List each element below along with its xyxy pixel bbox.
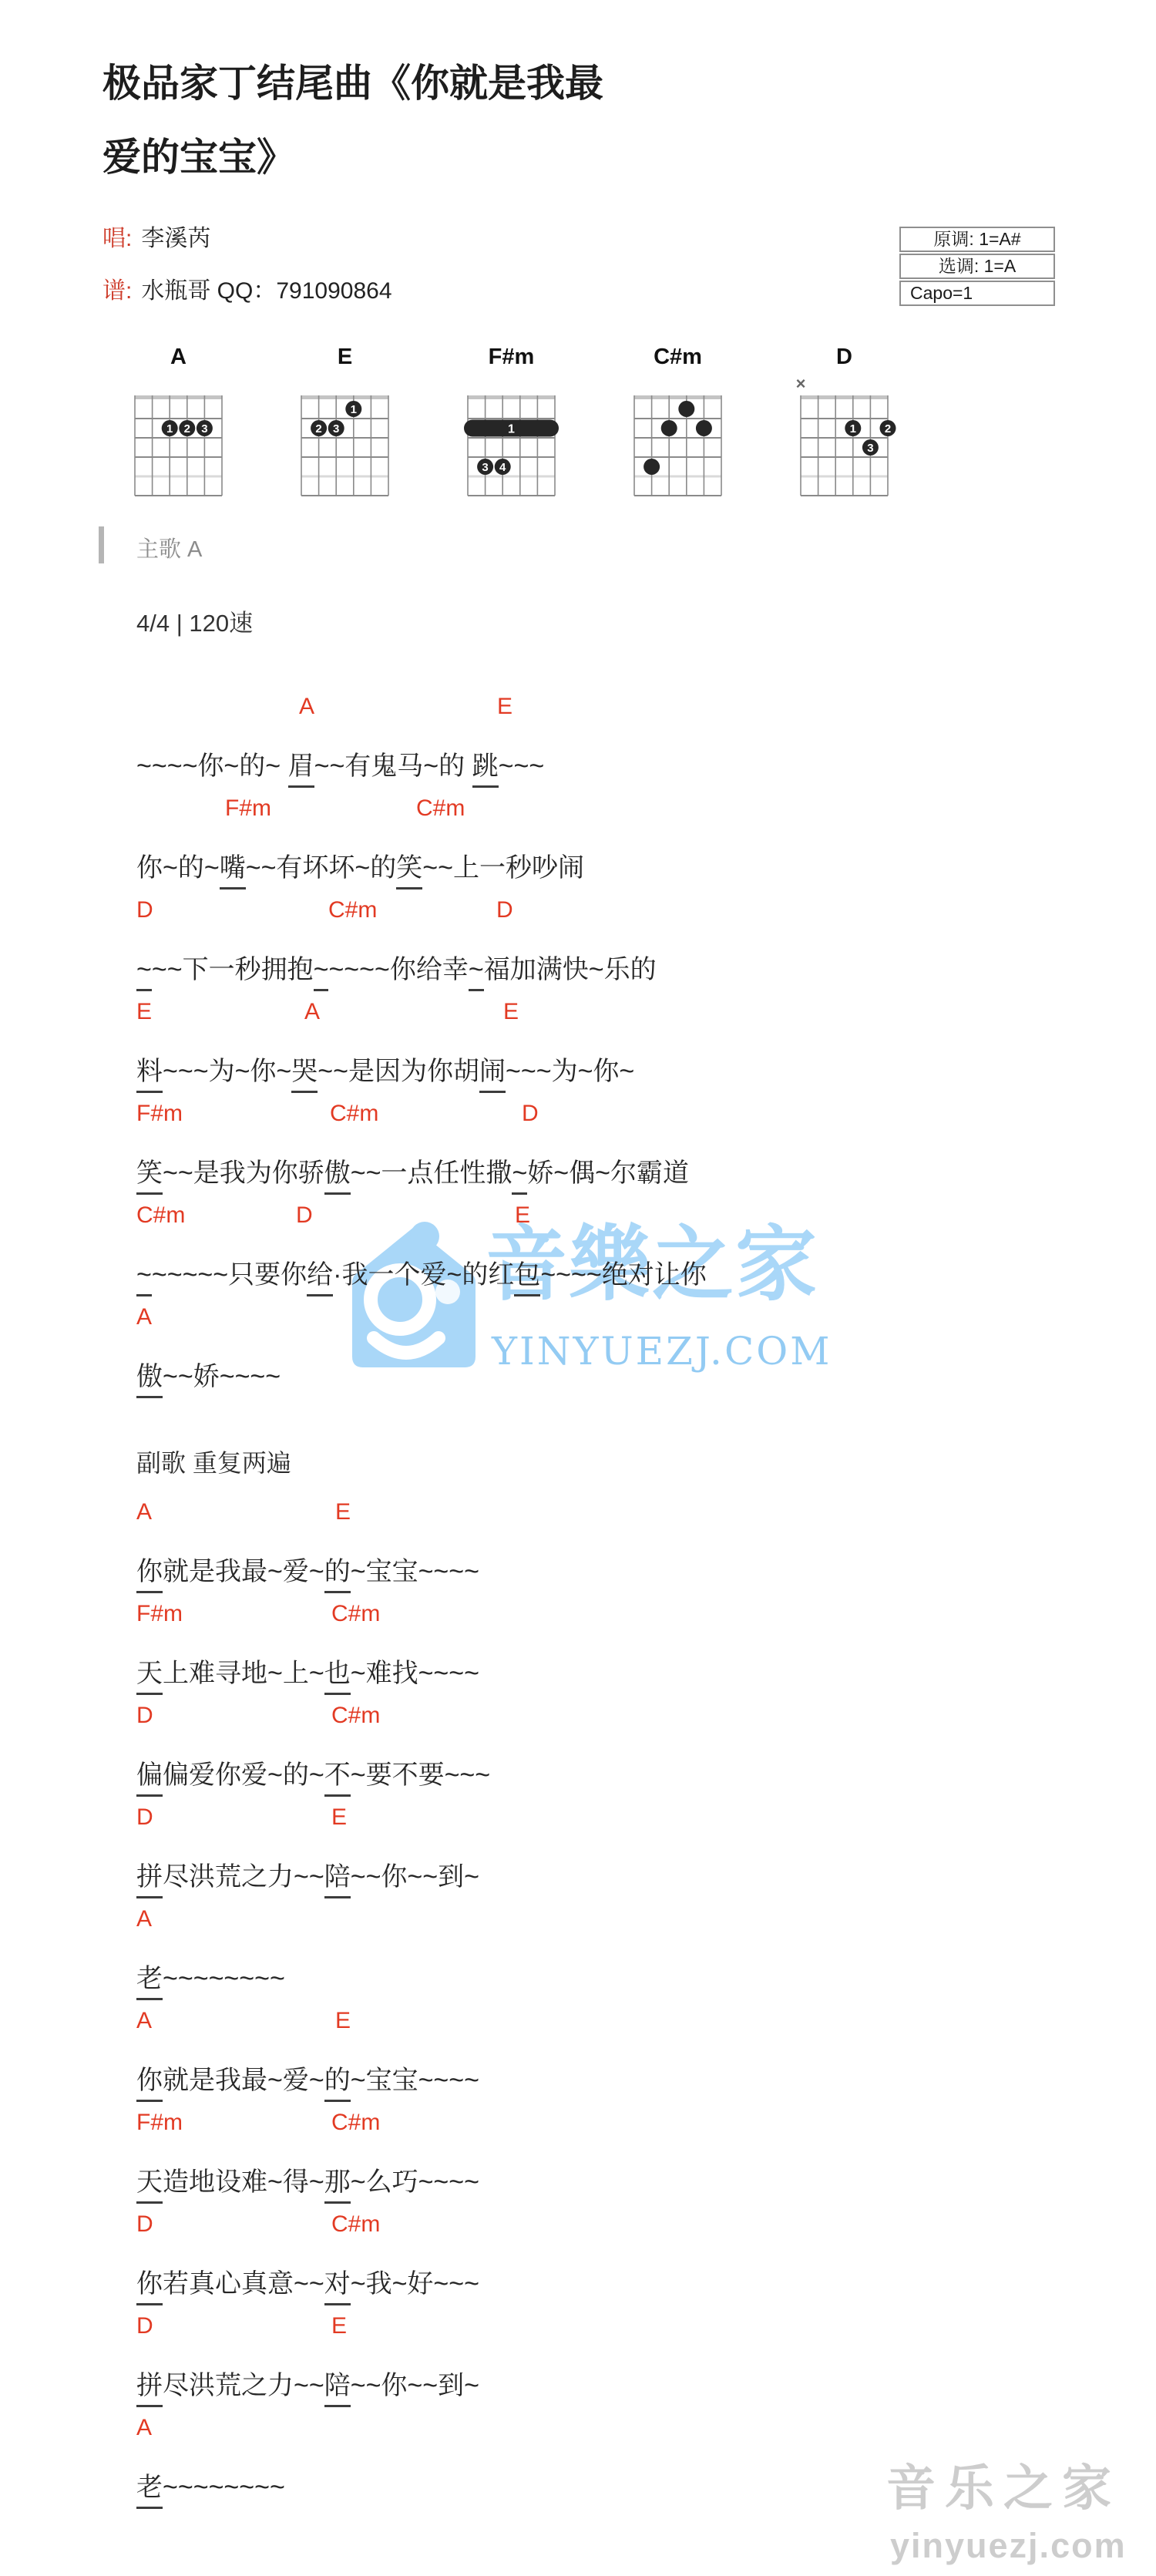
- lyric-line: 天上难寻地~上~也~难找~~~~: [136, 1652, 479, 1690]
- chord-label: D: [136, 2211, 153, 2238]
- lyric-segment: 偏爱你爱~的~: [163, 1760, 324, 1790]
- lyric-segment: ~~~为~你~: [506, 1057, 634, 1086]
- chord-label: E: [331, 2313, 347, 2339]
- chord-label: A: [136, 1304, 152, 1330]
- lyric-line: 你~的~嘴~~有坏坏~的笑~~上一秒吵闹: [136, 846, 584, 884]
- lyric-line: 笑~~是我为你骄傲~~一点任性撒~娇~偶~尔霸道: [136, 1152, 689, 1189]
- lyric-line: 料~~~为~你~哭~~是因为你胡闹~~~为~你~: [136, 1050, 634, 1088]
- lyric-segment: ~~娇~~~~: [163, 1362, 281, 1391]
- lyric-segment: ~宝宝~~~~: [351, 2066, 479, 2095]
- lyric-segment: ~~一点任性撒: [351, 1159, 512, 1188]
- lyric-segment: ~我~好~~~: [351, 2269, 479, 2299]
- lyric-segment: 你: [136, 1557, 163, 1593]
- lyric-segment: ~~~~你~的~: [136, 752, 288, 781]
- lyric-segment: 傲: [324, 1159, 351, 1195]
- chord-label: A: [136, 1499, 152, 1525]
- lyric-segment: ~宝宝~~~~: [351, 1557, 479, 1586]
- lyric-segment: ~~~: [499, 752, 545, 781]
- lyric-segment: ~: [136, 1260, 152, 1296]
- lyric-segment: 上难寻地~上~: [163, 1659, 324, 1688]
- chord-label: A: [136, 2415, 152, 2441]
- chord-line: DE: [0, 1804, 1156, 1837]
- lyric-segment: 也: [324, 1659, 351, 1695]
- chord-label: C#m: [416, 795, 465, 822]
- chord-line: A: [0, 2415, 1156, 2447]
- lyric-segment: 拼: [136, 2371, 163, 2407]
- lyric-segment: 对: [324, 2269, 351, 2305]
- lyric-line: 你就是我最~爱~的~宝宝~~~~: [136, 1550, 479, 1588]
- chord-label: A: [304, 999, 320, 1025]
- lyric-segment: 笑: [396, 853, 422, 889]
- lyric-segment: 闹: [479, 1057, 506, 1093]
- lyric-segment: 嘴: [220, 853, 246, 889]
- lyric-segment: ~: [314, 955, 329, 991]
- chord-label: D: [496, 897, 513, 923]
- lyric-segment: ~难找~~~~: [351, 1659, 479, 1688]
- lyric-line: ~~~下一秒拥抱~~~~~你给幸~福加满快~乐的: [136, 948, 657, 986]
- lyric-segment: 就是我最~爱~: [163, 2066, 324, 2095]
- lyric-segment: ~~~~绝对让你: [540, 1260, 706, 1290]
- lyric-segment: 若真心真意~~: [163, 2269, 324, 2299]
- chord-label: C#m: [331, 2110, 380, 2136]
- lyric-segment: 偏: [136, 1760, 163, 1797]
- lyric-segment: 老: [136, 1964, 163, 2000]
- lyric-segment: ~~有鬼马~的: [314, 752, 472, 781]
- chord-label: C#m: [331, 2211, 380, 2238]
- lyric-segment: ~: [469, 955, 484, 991]
- lyric-segment: 给: [307, 1260, 333, 1296]
- lyric-line: 你若真心真意~~对~我~好~~~: [136, 2262, 479, 2300]
- chord-label: F#m: [136, 1601, 183, 1627]
- lyric-segment: ~: [512, 1159, 527, 1195]
- chord-line: F#mC#m: [0, 795, 1156, 828]
- chord-label: C#m: [331, 1703, 380, 1729]
- lyric-segment: 福加满快~乐的: [484, 955, 657, 984]
- chord-line: AE: [0, 1499, 1156, 1532]
- chord-label: F#m: [136, 2110, 183, 2136]
- chord-line: F#mC#m: [0, 2110, 1156, 2142]
- lyric-segment: 傲: [136, 1362, 163, 1398]
- lyric-segment: ~~是我为你骄: [163, 1159, 324, 1188]
- lyric-segment: 包: [514, 1260, 540, 1296]
- lyric-line: 偏偏爱你爱~的~不~要不要~~~: [136, 1754, 490, 1791]
- lyric-segment: 你: [136, 2269, 163, 2305]
- chord-label: E: [503, 999, 519, 1025]
- lyric-segment: 就是我最~爱~: [163, 1557, 324, 1586]
- lyric-line: 天造地设难~得~那~么巧~~~~: [136, 2161, 479, 2198]
- lyric-segment: ~~是因为你胡: [318, 1057, 479, 1086]
- chord-sheet-page: 极品家丁结尾曲《你就是我最 爱的宝宝》 唱:李溪芮 谱:水瓶哥 QQ：79109…: [0, 0, 1156, 2576]
- lyric-segment: ~要不要~~~: [351, 1760, 490, 1790]
- lyric-segment: 的: [324, 1557, 351, 1593]
- lyric-segment: ~: [136, 955, 152, 991]
- lyric-segment: ~~~~~~~~: [163, 1964, 285, 1993]
- lyric-segment: 尽洪荒之力~~: [163, 1862, 324, 1892]
- lyric-segment: 陪: [324, 2371, 351, 2407]
- lyric-segment: ~么巧~~~~: [351, 2167, 479, 2197]
- lyric-segment: ~~~~~只要你: [152, 1260, 307, 1290]
- chord-label: D: [522, 1101, 539, 1127]
- chord-label: C#m: [330, 1101, 378, 1127]
- lyric-segment: 老: [136, 2473, 163, 2509]
- lyric-segment: ~~~为~你~: [163, 1057, 291, 1086]
- chord-label: A: [299, 694, 314, 720]
- lyric-segment: ~~有坏坏~的: [246, 853, 397, 883]
- chord-label: E: [497, 694, 512, 720]
- lyric-segment: 哭: [291, 1057, 318, 1093]
- lyric-segment: 天: [136, 2167, 163, 2204]
- lyric-segment: 天: [136, 1659, 163, 1695]
- lyric-line: 老~~~~~~~~: [136, 1957, 285, 1995]
- lyric-segment: 拼: [136, 1862, 163, 1898]
- lyric-segment: 的: [324, 2066, 351, 2102]
- lyric-segment: ~~你~~到~: [351, 2371, 479, 2400]
- lyric-segment: 造地设难~得~: [163, 2167, 324, 2197]
- chord-label: C#m: [328, 897, 377, 923]
- chord-line: AE: [0, 694, 1156, 726]
- chord-line: AE: [0, 2008, 1156, 2040]
- lyric-line: 拼尽洪荒之力~~陪~~你~~到~: [136, 2364, 479, 2402]
- lyric-line: 老~~~~~~~~: [136, 2466, 285, 2504]
- lyric-segment: 那: [324, 2167, 351, 2204]
- chord-line: F#mC#m: [0, 1601, 1156, 1633]
- lyric-segment: 料: [136, 1057, 163, 1093]
- lyric-segment: ~~~~~~~~: [163, 2473, 285, 2502]
- chord-label: E: [331, 1804, 347, 1831]
- chord-label: D: [296, 1202, 313, 1229]
- lyric-segment: 娇~偶~尔霸道: [527, 1159, 689, 1188]
- lyric-line: ~~~~~~只要你给·我一个爱~的红包~~~~绝对让你: [136, 1253, 707, 1291]
- chord-line: C#mDE: [0, 1202, 1156, 1235]
- lyric-line: 你就是我最~爱~的~宝宝~~~~: [136, 2059, 479, 2097]
- lyric-segment: 笑: [136, 1159, 163, 1195]
- chord-label: A: [136, 1906, 152, 1932]
- chord-label: F#m: [136, 1101, 183, 1127]
- chord-label: C#m: [331, 1601, 380, 1627]
- lyric-segment: 不: [324, 1760, 351, 1797]
- chorus-section-label: 副歌 重复两遍: [136, 1444, 291, 1479]
- chord-label: E: [515, 1202, 530, 1229]
- chord-label: E: [335, 1499, 351, 1525]
- chord-label: A: [136, 2008, 152, 2034]
- lyric-segment: 你: [136, 2066, 163, 2102]
- chord-label: D: [136, 897, 153, 923]
- chord-label: D: [136, 1804, 153, 1831]
- lyric-segment: ~~下一秒拥抱: [152, 955, 314, 984]
- lyric-segment: 你~的~: [136, 853, 220, 883]
- chord-line: A: [0, 1906, 1156, 1939]
- chord-line: DE: [0, 2313, 1156, 2346]
- chord-line: A: [0, 1304, 1156, 1337]
- chord-label: C#m: [136, 1202, 185, 1229]
- chord-line: EAE: [0, 999, 1156, 1031]
- lyric-segment: 尽洪荒之力~~: [163, 2371, 324, 2400]
- chord-label: D: [136, 1703, 153, 1729]
- chord-line: DC#mD: [0, 897, 1156, 930]
- lyric-segment: ·我一个爱~的红: [333, 1260, 514, 1290]
- chord-line: DC#m: [0, 2211, 1156, 2244]
- chord-label: E: [136, 999, 152, 1025]
- chord-label: D: [136, 2313, 153, 2339]
- chord-label: E: [335, 2008, 351, 2034]
- lyric-segment: ~~你~~到~: [351, 1862, 479, 1892]
- lyric-segment: 陪: [324, 1862, 351, 1898]
- song-body: AE~~~~你~的~ 眉~~有鬼马~的 跳~~~F#mC#m你~的~嘴~~有坏坏…: [0, 0, 1156, 2576]
- lyric-segment: ~~~~你给幸: [328, 955, 468, 984]
- lyric-line: ~~~~你~的~ 眉~~有鬼马~的 跳~~~: [136, 745, 544, 782]
- chord-line: DC#m: [0, 1703, 1156, 1735]
- lyric-line: 傲~~娇~~~~: [136, 1355, 281, 1393]
- lyric-line: 拼尽洪荒之力~~陪~~你~~到~: [136, 1855, 479, 1893]
- chord-label: F#m: [225, 795, 271, 822]
- lyric-segment: 跳: [472, 752, 499, 788]
- lyric-segment: 眉: [288, 752, 314, 788]
- lyric-segment: ~~上一秒吵闹: [422, 853, 584, 883]
- chord-line: F#mC#mD: [0, 1101, 1156, 1133]
